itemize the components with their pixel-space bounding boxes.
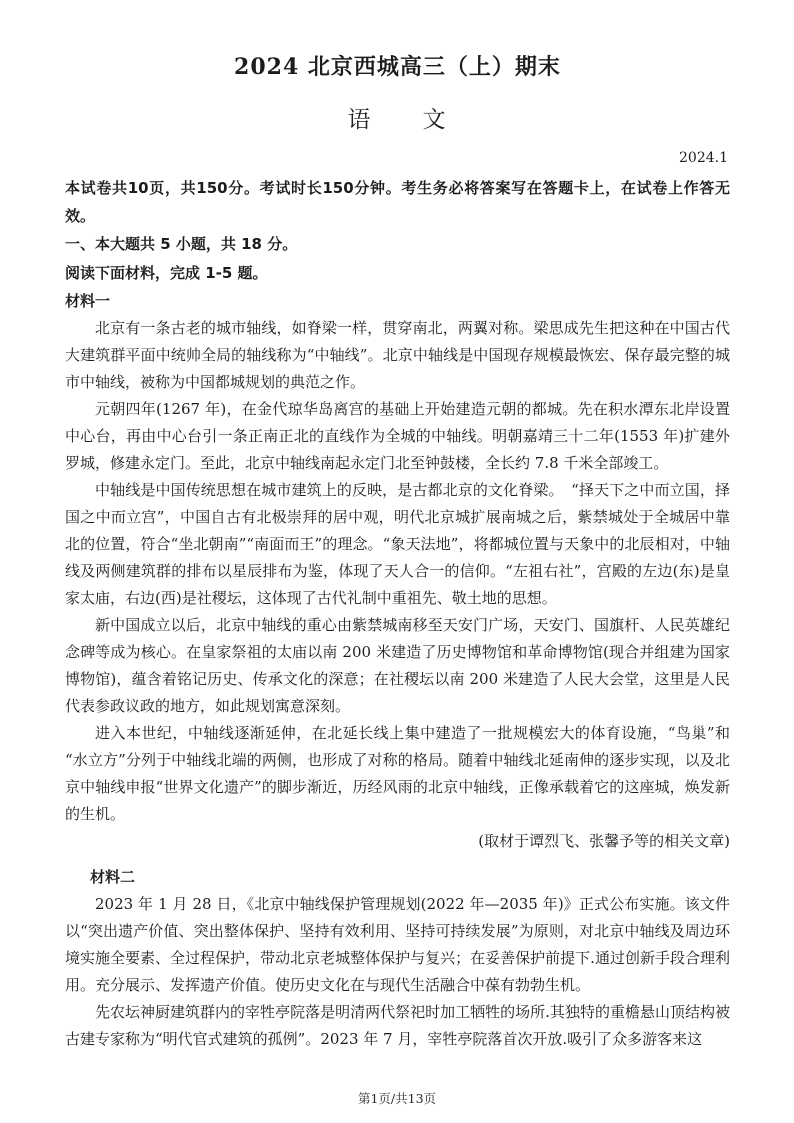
material-two-paragraph-2: 先农坛神厨建筑群内的宰牲亭院落是明清两代祭祀时加工牺牲的场所.其独特的重檐悬山顶… — [65, 999, 730, 1053]
reading-prompt: 阅读下面材料，完成 1-5 题。 — [65, 259, 730, 288]
material-one-paragraph-5: 进入本世纪，中轴线逐渐延伸，在北延长线上集中建造了一批规模宏大的体育设施，“鸟巢… — [65, 720, 730, 828]
section-one-heading: 一、本大题共 5 小题，共 18 分。 — [65, 230, 730, 259]
material-one-attribution: (取材于谭烈飞、张馨予等的相关文章) — [65, 828, 730, 855]
material-one-paragraph-3: 中轴线是中国传统思想在城市建筑上的反映，是古都北京的文化脊梁。 “择天下之中而立… — [65, 477, 730, 612]
page-number-indicator: 第1页/共13页 — [0, 1089, 794, 1107]
subject-title: 语 文 — [65, 101, 730, 134]
exam-notice: 本试卷共10页，共150分。考试时长150分钟。考生务必将答案写在答题卡上，在试… — [65, 174, 730, 230]
material-one-heading: 材料一 — [65, 288, 730, 315]
page-title: 2024 北京西城高三（上）期末 — [65, 50, 730, 81]
material-one-paragraph-2: 元朝四年(1267 年)，在金代琼华岛离宫的基础上开始建造元朝的都城。先在积水潭… — [65, 396, 730, 477]
material-one-paragraph-4: 新中国成立以后，北京中轴线的重心由紫禁城南移至天安门广场，天安门、国旗杆、人民英… — [65, 612, 730, 720]
material-two-paragraph-1: 2023 年 1 月 28 日，《北京中轴线保护管理规划(2022 年—2035… — [65, 891, 730, 999]
exam-date: 2024.1 — [65, 150, 728, 166]
material-one-paragraph-1: 北京有一条古老的城市轴线，如脊梁一样，贯穿南北，两翼对称。梁思成先生把这种在中国… — [65, 315, 730, 396]
material-two-heading: 材料二 — [90, 864, 730, 891]
exam-paper-page: 2024 北京西城高三（上）期末 语 文 2024.1 本试卷共10页，共150… — [0, 0, 794, 1123]
